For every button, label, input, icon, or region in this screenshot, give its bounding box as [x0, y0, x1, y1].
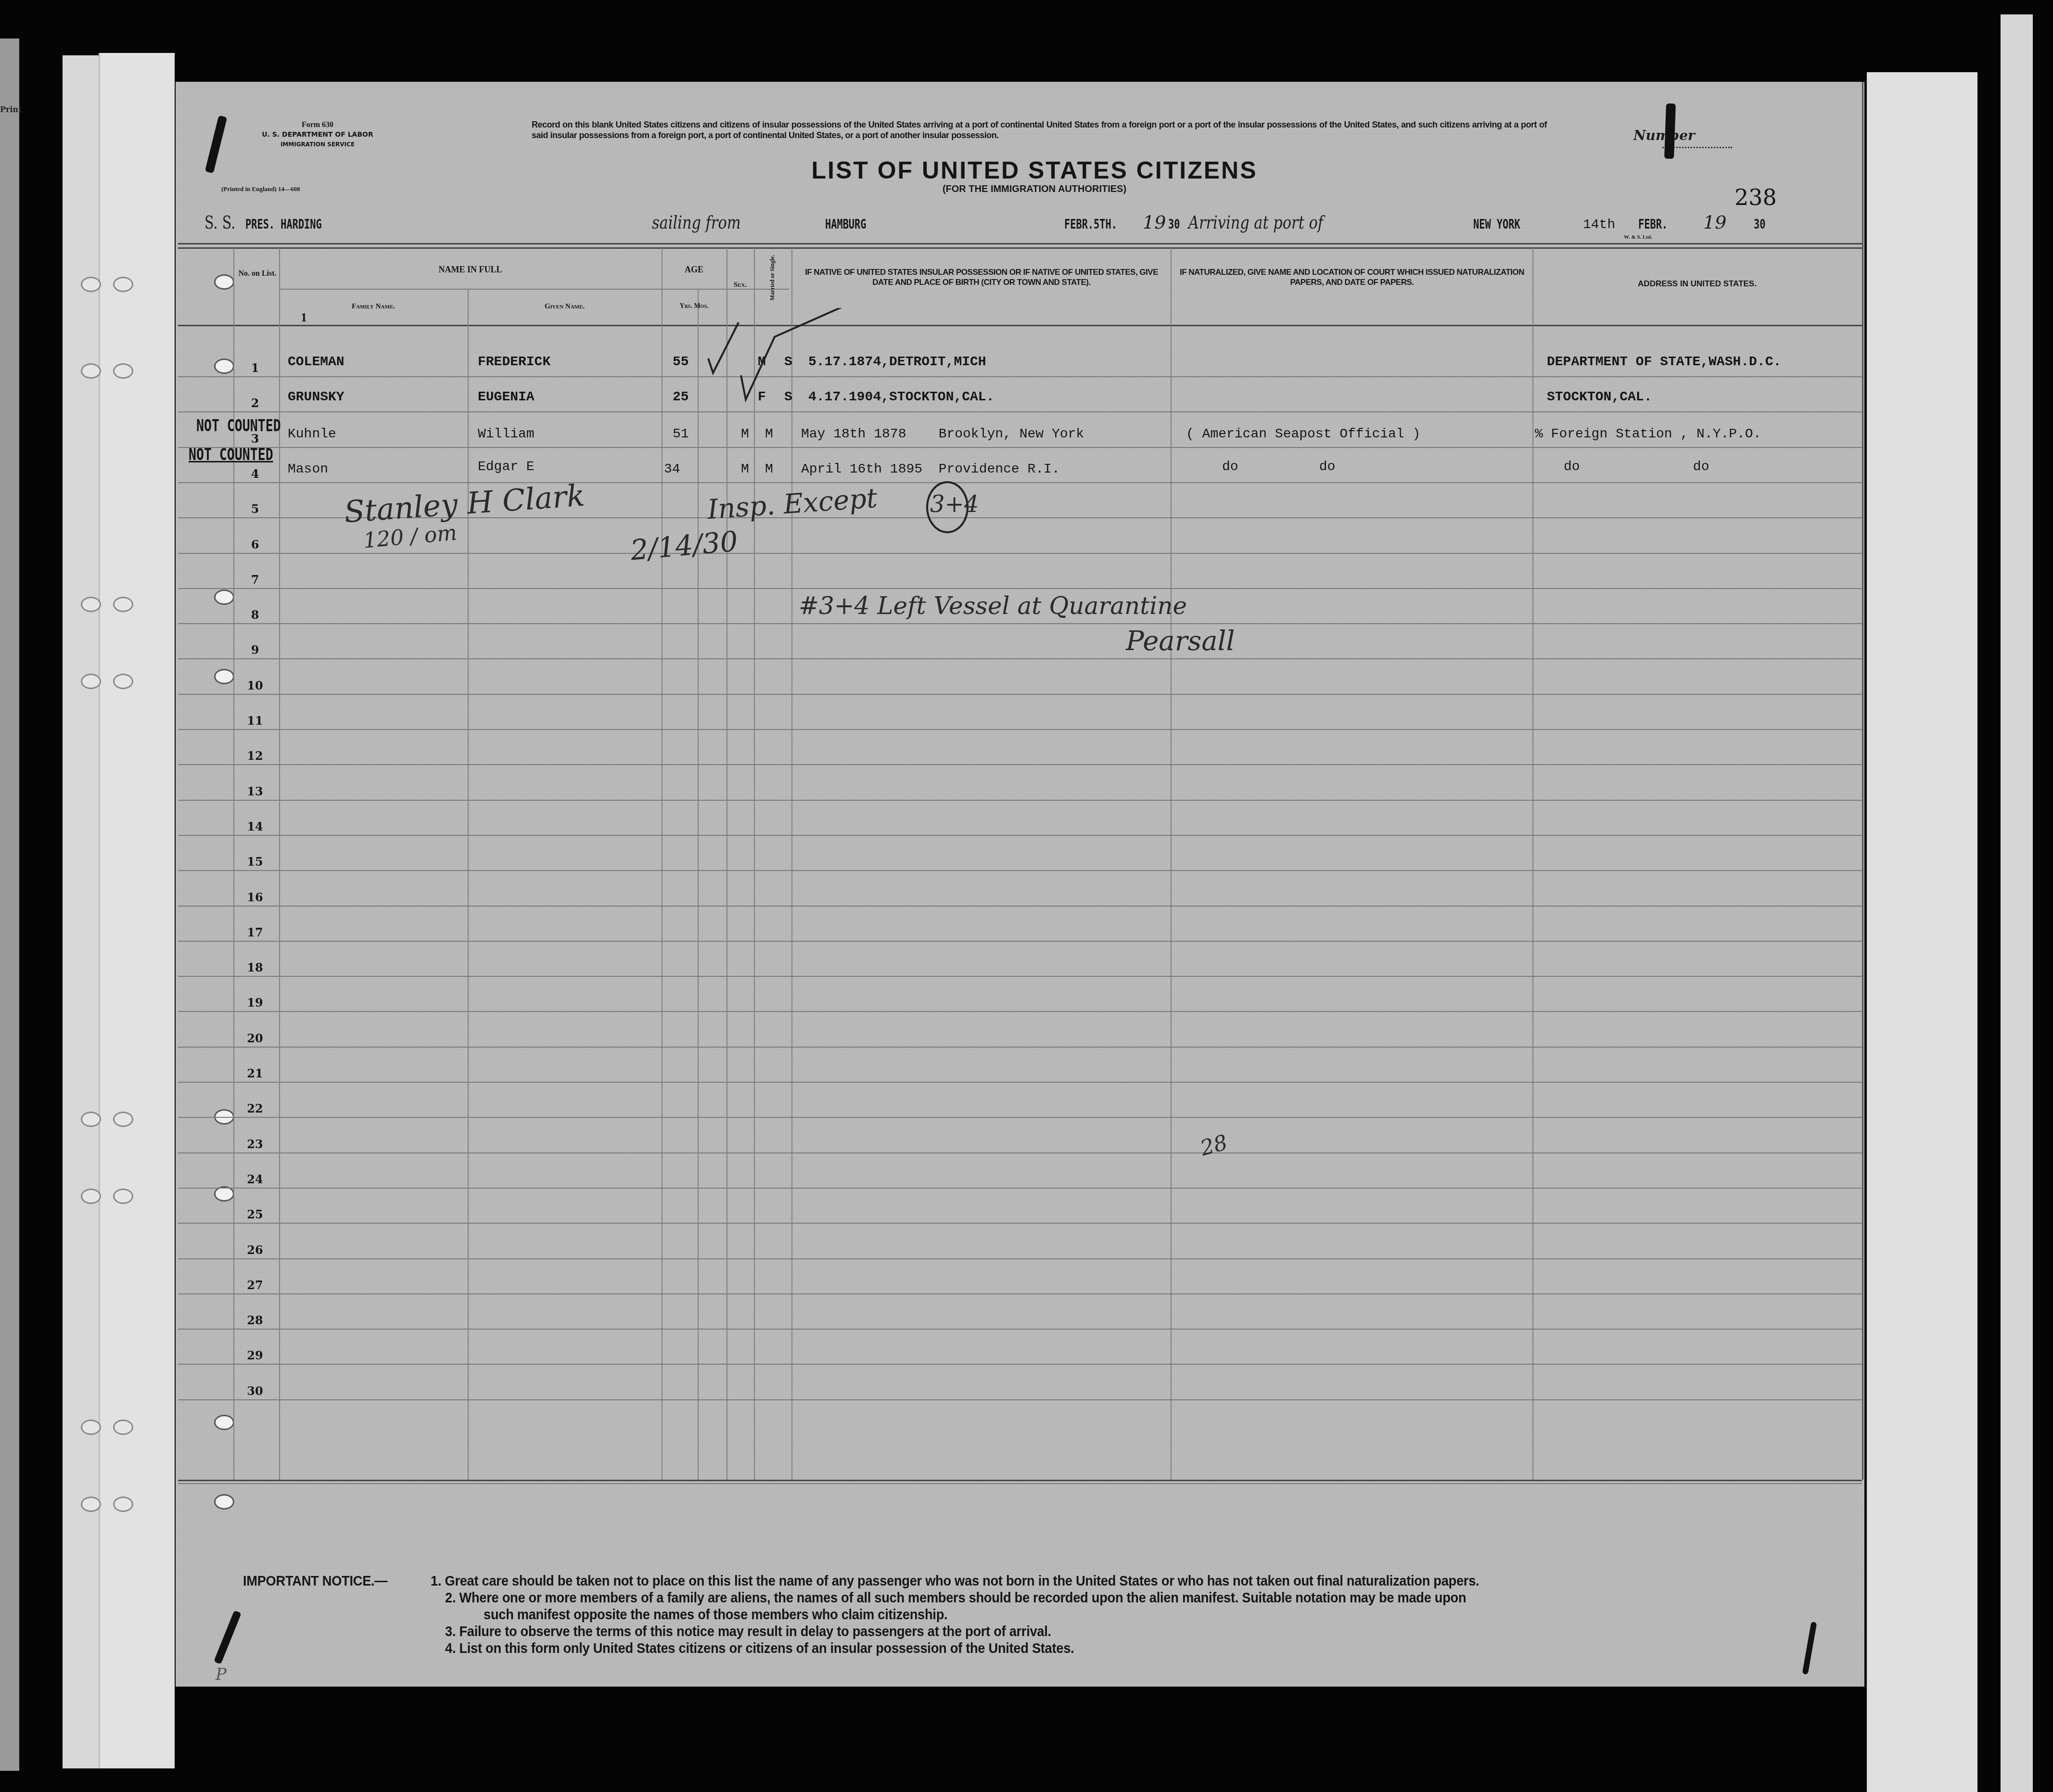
quarantine-note: #3+4 Left Vessel at Quarantine: [799, 592, 1187, 620]
row-rule: [178, 482, 1862, 483]
row-number: 1: [241, 361, 269, 375]
row-rule: [178, 1047, 1862, 1048]
row-number: 11: [241, 714, 269, 728]
page-subtitle: (FOR THE IMMIGRATION AUTHORITIES): [529, 184, 1540, 195]
col-name-in-full: NAME IN FULL: [279, 264, 662, 275]
binding-hole: [81, 363, 101, 379]
column-divider: [791, 248, 792, 1480]
binding-hole: [81, 674, 101, 689]
column-divider: [727, 248, 727, 1480]
binding-hole: [113, 277, 133, 292]
row-rule: [178, 906, 1862, 907]
punch-hole: [214, 669, 234, 684]
row-rule: [178, 1293, 1862, 1294]
binding-hole: [81, 1112, 101, 1127]
notice-item-3: 3. Failure to observe the terms of this …: [445, 1624, 1051, 1640]
col-no-on-list: No. on List.: [236, 269, 279, 278]
checkmark-icon: [702, 308, 847, 409]
row-2-age: 25: [673, 390, 689, 405]
arrival-day: 14th: [1583, 218, 1615, 232]
binding-hole: [81, 277, 101, 292]
row-rule: [178, 835, 1862, 836]
voyage-line: S. S. PRES. HARDING sailing from HAMBURG…: [178, 212, 1862, 241]
row-number: 27: [241, 1278, 269, 1292]
row-number: 30: [241, 1384, 269, 1398]
row-rule: [178, 976, 1862, 977]
row-rule: [178, 1188, 1862, 1189]
col-address: ADDRESS IN UNITED STATES.: [1532, 278, 1862, 290]
binding-hole: [113, 363, 133, 379]
row-number: 24: [241, 1172, 269, 1186]
row-rule: [178, 800, 1862, 801]
year-prefix-1: 19: [1143, 212, 1166, 233]
row-number: 9: [241, 643, 269, 657]
row-rule: [178, 694, 1862, 695]
row-rule: [178, 764, 1862, 765]
binding-hole: [113, 597, 133, 612]
not-counted-stamp: NOT COUNTED: [196, 416, 281, 435]
row-number: 23: [241, 1137, 269, 1151]
row-number: 28: [241, 1313, 269, 1327]
row-number: 22: [241, 1101, 269, 1115]
port-to: NEW YORK: [1473, 218, 1520, 232]
page-title: LIST OF UNITED STATES CITIZENS: [529, 156, 1540, 184]
sailing-from-label: sailing from: [652, 212, 741, 233]
binding-strip-inner: [99, 53, 175, 1768]
service: IMMIGRATION SERVICE: [238, 140, 397, 149]
row-number: 26: [241, 1243, 269, 1257]
punch-hole: [214, 1494, 234, 1510]
manifest-page: [176, 82, 1864, 1687]
notice-item-2-cont: such manifest opposite the names of thos…: [484, 1607, 947, 1623]
header-rule: [178, 243, 1862, 244]
row-number: 14: [241, 819, 269, 833]
row-rule: [178, 1082, 1862, 1083]
row-rule: [178, 411, 1862, 412]
circled-number: 3+4: [930, 491, 979, 518]
printer-mark: W. & S. Ltd.: [1624, 234, 1652, 240]
notice-item-1: 1. Great care should be taken not to pla…: [431, 1574, 1479, 1589]
row-rule: [178, 729, 1862, 730]
column-divider: [662, 248, 663, 1480]
right-binding-strip: [1867, 72, 1977, 1792]
row-3-naturalized: ( American Seapost Official ): [1186, 427, 1420, 442]
form-number: Form 630: [238, 120, 397, 130]
row-number: 21: [241, 1066, 269, 1080]
row-4-age: 34: [664, 462, 680, 477]
row-rule: [178, 1258, 1862, 1259]
row-4-family-name: Mason: [288, 462, 328, 477]
row-3-address: % Foreign Station , N.Y.P.O.: [1535, 427, 1761, 442]
not-counted-stamp: NOT COUNTED: [189, 445, 273, 464]
left-page-text: Print: [0, 105, 22, 114]
column-divider: [1532, 248, 1533, 1480]
row-number: 8: [241, 608, 269, 622]
row-number: 29: [241, 1348, 269, 1362]
row-number: 4: [241, 467, 269, 481]
punch-hole: [214, 274, 234, 290]
row-3-marital: M: [765, 427, 773, 442]
form-info: Form 630 U. S. DEPARTMENT OF LABOR IMMIG…: [238, 120, 397, 149]
header-rule: [178, 247, 1862, 249]
row-rule: [178, 870, 1862, 871]
page-right-border: [1862, 82, 1863, 1480]
col-birth: IF NATIVE OF UNITED STATES INSULAR POSSE…: [799, 267, 1164, 287]
row-rule: [178, 1364, 1862, 1365]
row-2-family-name: GRUNSKY: [288, 390, 344, 405]
row-number: 19: [241, 996, 269, 1010]
row-1-age: 55: [673, 355, 689, 370]
column-divider: [468, 289, 469, 1480]
row-number: 18: [241, 960, 269, 974]
row-rule: [178, 1329, 1862, 1330]
col-naturalized: IF NATURALIZED, GIVE NAME AND LOCATION O…: [1176, 267, 1528, 287]
row-4-marital: M: [765, 462, 773, 477]
punch-hole: [214, 358, 234, 374]
column-header-rule: [178, 325, 1862, 326]
row-rule: [178, 623, 1862, 624]
col-family-name: Family Name.: [279, 301, 468, 312]
row-rule: [178, 588, 1862, 589]
column-divider: [1171, 248, 1172, 1480]
binding-hole: [113, 1497, 133, 1512]
punch-hole: [214, 1415, 234, 1430]
ship-name: PRES. HARDING: [245, 218, 322, 232]
year-prefix-2: 19: [1703, 212, 1726, 233]
adjacent-page-edge: [0, 38, 19, 1771]
page-stamp-number: 238: [1734, 184, 1777, 210]
year-2: 30: [1754, 218, 1765, 232]
row-number: 16: [241, 890, 269, 904]
row-4-birth: April 16th 1895 Providence R.I.: [801, 462, 1060, 477]
punch-hole: [214, 589, 234, 605]
arrival-month: FEBR.: [1638, 218, 1668, 232]
instruction-text: Record on this blank United States citiz…: [532, 119, 1547, 141]
row-rule: [178, 1399, 1862, 1400]
number-label: Number: [1633, 128, 1695, 143]
printed-note: (Printed in England) 14—608: [221, 185, 300, 193]
binding-hole: [113, 1420, 133, 1435]
col-given-name: Given Name.: [468, 301, 662, 312]
port-from: HAMBURG: [825, 218, 866, 232]
row-number: 10: [241, 678, 269, 692]
name-subheader-rule: [279, 289, 789, 290]
row-1-address: DEPARTMENT OF STATE,WASH.D.C.: [1547, 355, 1781, 370]
row-rule: [178, 553, 1862, 554]
row-rule: [178, 1152, 1862, 1153]
row-number: 15: [241, 855, 269, 869]
footer-rule: [178, 1483, 1862, 1484]
row-3-age: 51: [673, 427, 689, 442]
row-4-address: do do: [1564, 460, 1709, 474]
number-value-mark-icon: [1664, 103, 1676, 159]
col-sex: Sex.: [727, 279, 754, 291]
departure-date: FEBR.5TH.: [1064, 218, 1117, 232]
arriving-label: Arriving at port of: [1188, 212, 1323, 233]
col-married-single: Married or Single.: [769, 244, 776, 311]
row-number: 17: [241, 925, 269, 939]
quarantine-signature: Pearsall: [1126, 626, 1235, 657]
col-age: AGE: [662, 264, 727, 275]
row-number: 20: [241, 1031, 269, 1045]
row-number: 7: [241, 573, 269, 587]
row-3-birth: May 18th 1878 Brooklyn, New York: [801, 427, 1084, 442]
year-1: 30: [1168, 218, 1180, 232]
ss-label: S. S.: [204, 212, 235, 233]
row-rule: [178, 1223, 1862, 1224]
binding-hole: [113, 1189, 133, 1204]
row-3-family-name: Kuhnle: [288, 427, 336, 442]
notice-label: IMPORTANT NOTICE.—: [243, 1574, 387, 1589]
row-number: 2: [241, 396, 269, 410]
row-rule: [178, 1117, 1862, 1118]
notice-item-4: 4. List on this form only United States …: [445, 1641, 1074, 1657]
binding-hole: [113, 674, 133, 689]
column-divider: [754, 248, 755, 1480]
row-2-given-name: EUGENIA: [478, 390, 535, 405]
row-4-sex: M: [741, 462, 749, 477]
row-number: 25: [241, 1207, 269, 1221]
pencil-mark: P: [216, 1665, 227, 1684]
footer-rule: [178, 1480, 1862, 1481]
row-4-given-name: Edgar E: [478, 460, 535, 474]
row-1-given-name: FREDERICK: [478, 355, 550, 370]
row-rule: [178, 941, 1862, 942]
column-divider: [698, 289, 699, 1480]
binding-hole: [81, 1420, 101, 1435]
row-rule: [178, 658, 1862, 659]
row-number: 13: [241, 784, 269, 798]
binding-hole: [113, 1112, 133, 1127]
binding-hole: [81, 597, 101, 612]
row-rule: [178, 376, 1862, 377]
row-rule: [178, 1011, 1862, 1012]
right-page-edge: [2001, 14, 2033, 1792]
binding-hole: [81, 1189, 101, 1204]
binding-hole: [81, 1497, 101, 1512]
row-rule: [178, 447, 1862, 448]
column-mark: 1: [301, 310, 307, 325]
row-number: 12: [241, 749, 269, 763]
row-number: 5: [241, 502, 269, 516]
row-number: 6: [241, 538, 269, 551]
row-2-address: STOCKTON,CAL.: [1547, 390, 1652, 405]
row-3-sex: M: [741, 427, 749, 442]
row-1-family-name: COLEMAN: [288, 355, 344, 370]
notice-item-2: 2. Where one or more members of a family…: [445, 1590, 1466, 1606]
department: U. S. DEPARTMENT OF LABOR: [238, 130, 397, 140]
row-3-given-name: William: [478, 427, 535, 442]
row-4-naturalized: do do: [1222, 460, 1335, 474]
